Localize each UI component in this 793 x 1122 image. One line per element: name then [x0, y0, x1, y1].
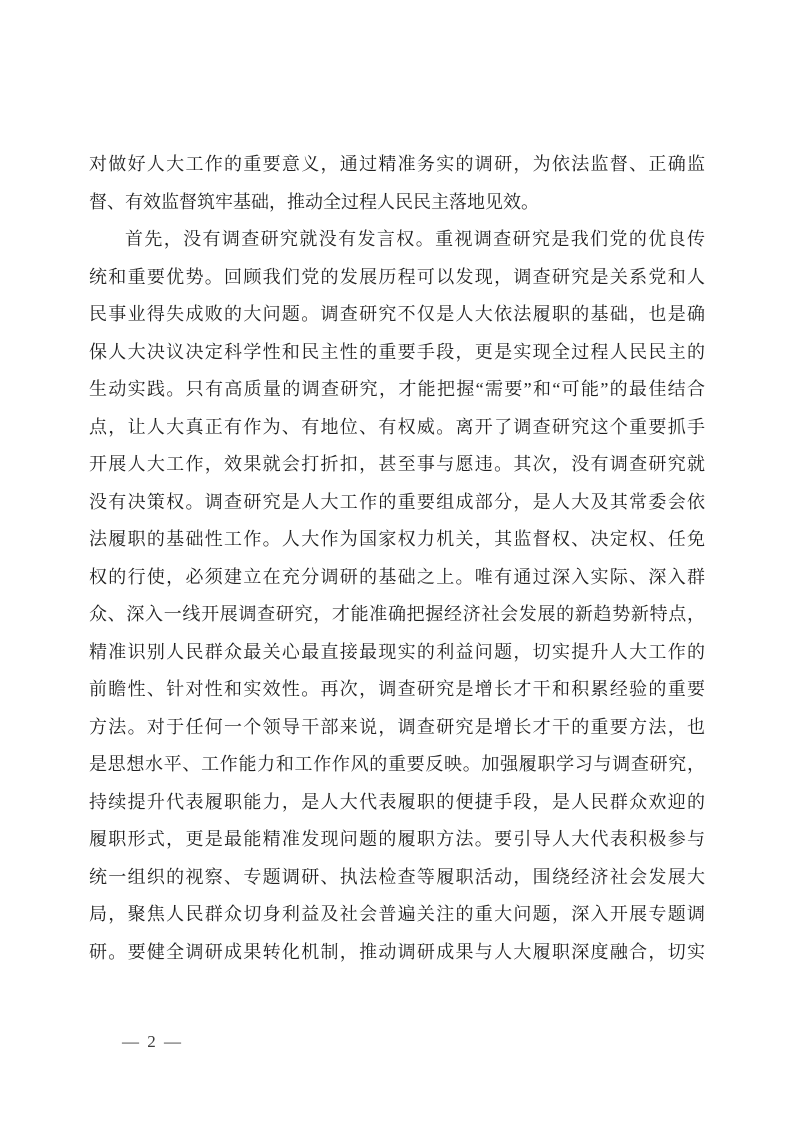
text-line: 众、深入一线开展调查研究，才能准确把握经济社会发展的新趋势新特点， — [89, 596, 705, 634]
text-line: 督、有效监督筑牢基础，推动全过程人民民主落地见效。 — [89, 184, 705, 222]
text-line: 民事业得失成败的大问题。调查研究不仅是人大依法履职的基础，也是确 — [89, 296, 705, 334]
text-line: 开展人大工作，效果就会打折扣，甚至事与愿违。其次，没有调查研究就 — [89, 446, 705, 484]
text-line: 局，聚焦人民群众切身利益及社会普遍关注的重大问题，深入开展专题调 — [89, 896, 705, 934]
text-line: 是思想水平、工作能力和工作作风的重要反映。加强履职学习与调查研究， — [89, 746, 705, 784]
text-line: 精准识别人民群众最关心最直接最现实的利益问题，切实提升人大工作的 — [89, 634, 705, 672]
text-line: 持续提升代表履职能力，是人大代表履职的便捷手段，是人民群众欢迎的 — [89, 784, 705, 822]
text-line: 方法。对于任何一个领导干部来说，调查研究是增长才干的重要方法，也 — [89, 709, 705, 747]
text-line: 生动实践。只有高质量的调查研究，才能把握“需要”和“可能”的最佳结合 — [89, 371, 705, 409]
text-line: 法履职的基础性工作。人大作为国家权力机关，其监督权、决定权、任免 — [89, 521, 705, 559]
document-body: 对做好人大工作的重要意义，通过精准务实的调研，为依法监督、正确监 督、有效监督筑… — [89, 146, 705, 971]
page-number: — 2 — — [122, 1031, 183, 1053]
document-page: 对做好人大工作的重要意义，通过精准务实的调研，为依法监督、正确监 督、有效监督筑… — [0, 0, 793, 1122]
text-line: 统和重要优势。回顾我们党的发展历程可以发现，调查研究是关系党和人 — [89, 259, 705, 297]
text-line: 统一组织的视察、专题调研、执法检查等履职活动，围绕经济社会发展大 — [89, 859, 705, 897]
text-line: 研。要健全调研成果转化机制，推动调研成果与人大履职深度融合，切实 — [89, 934, 705, 972]
text-line: 点，让人大真正有作为、有地位、有权威。离开了调查研究这个重要抓手 — [89, 409, 705, 447]
text-line: 前瞻性、针对性和实效性。再次，调查研究是增长才干和积累经验的重要 — [89, 671, 705, 709]
text-line: 保人大决议决定科学性和民主性的重要手段，更是实现全过程人民民主的 — [89, 334, 705, 372]
text-line: 没有决策权。调查研究是人大工作的重要组成部分，是人大及其常委会依 — [89, 484, 705, 522]
text-line: 履职形式，更是最能精准发现问题的履职方法。要引导人大代表积极参与 — [89, 821, 705, 859]
text-line: 对做好人大工作的重要意义，通过精准务实的调研，为依法监督、正确监 — [89, 146, 705, 184]
text-line: 首先，没有调查研究就没有发言权。重视调查研究是我们党的优良传 — [89, 221, 705, 259]
text-line: 权的行使，必须建立在充分调研的基础之上。唯有通过深入实际、深入群 — [89, 559, 705, 597]
